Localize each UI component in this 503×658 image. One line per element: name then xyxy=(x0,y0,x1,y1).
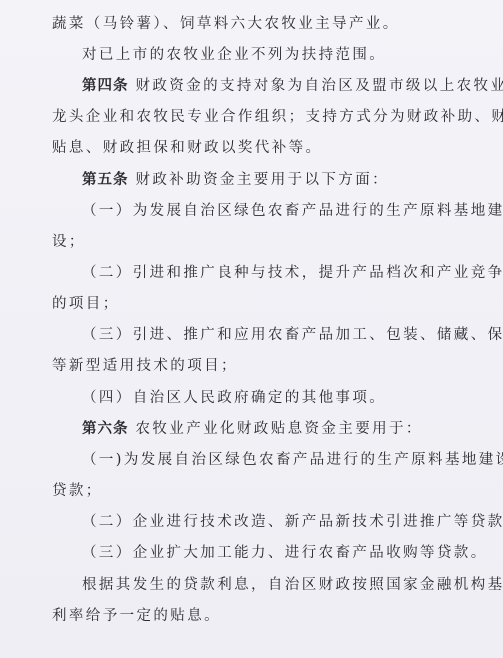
article-heading: 第四条 xyxy=(82,77,129,94)
text-line: 贷款； xyxy=(52,481,103,501)
text-line: （二）企业进行技术改造、新产品新技术引进推广等贷款； xyxy=(82,512,503,532)
document-page: 蔬菜（马铃薯）、饲草料六大农牧业主导产业。 对已上市的农牧业企业不列为扶持范围。… xyxy=(0,0,503,658)
text-line: （一）为发展自治区绿色农畜产品进行的生产原料基地建 xyxy=(82,201,503,221)
text-line: （三）引进、推广和应用农畜产品加工、包装、储藏、保鲜 xyxy=(82,325,503,345)
text-line: 贴息、财政担保和财政以奖代补等。 xyxy=(52,138,322,158)
article-6-line: 第六条 农牧业产业化财政贴息资金主要用于： xyxy=(82,419,423,439)
article-5-line: 第五条 财政补助资金主要用于以下方面： xyxy=(82,170,389,190)
article-4-line: 第四条 财政资金的支持对象为自治区及盟市级以上农牧业 xyxy=(82,76,503,96)
text-line: 等新型适用技术的项目； xyxy=(52,356,238,376)
text-line: （三）企业扩大加工能力、进行农畜产品收购等贷款。 xyxy=(82,543,488,563)
text-line: （四）自治区人民政府确定的其他事项。 xyxy=(82,388,386,408)
text-line: 利率给予一定的贴息。 xyxy=(52,606,221,626)
article-heading: 第六条 xyxy=(82,420,129,437)
text-line: 根据其发生的贷款利息，自治区财政按照国家金融机构基准 xyxy=(82,575,503,595)
article-heading: 第五条 xyxy=(82,171,129,188)
text-line: 蔬菜（马铃薯）、饲草料六大农牧业主导产业。 xyxy=(52,14,400,34)
text-line: （一)为发展自治区绿色农畜产品进行的生产原料基地建设 xyxy=(82,450,503,470)
text-line: 设； xyxy=(52,232,86,252)
text-line: 对已上市的农牧业企业不列为扶持范围。 xyxy=(82,45,386,65)
text-line: 龙头企业和农牧民专业合作组织；支持方式分为财政补助、财政 xyxy=(52,107,503,127)
text-line: （二）引进和推广良种与技术，提升产品档次和产业竞争力 xyxy=(82,263,503,283)
text-line: 的项目； xyxy=(52,294,120,314)
